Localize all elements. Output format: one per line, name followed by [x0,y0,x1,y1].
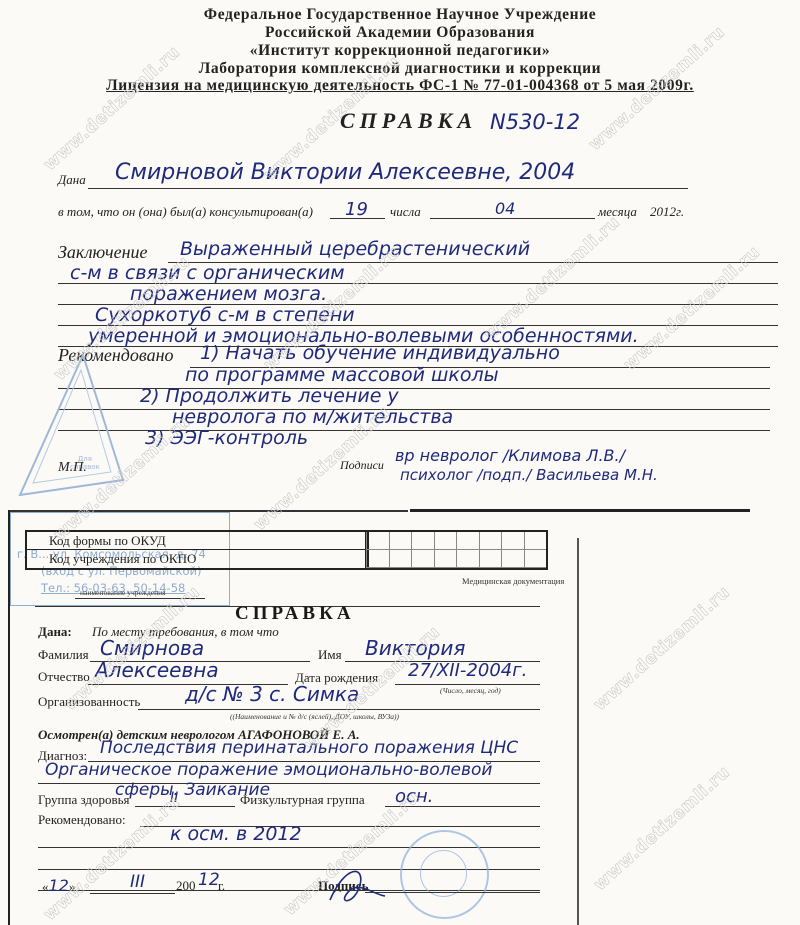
birth-caption: (Число, месяц, год) [440,686,501,695]
name-label: Имя [318,647,342,663]
fold-line [577,538,579,925]
consult-label: в том, что он (она) был(а) консультирова… [58,204,313,220]
form-code-box: Код формы по ОКУД Код учреждения по ОКПО [25,530,369,570]
recommended-line-2: по программе массовой школы [185,364,499,386]
round-stamp-icon [400,830,489,919]
date-year-prefix: 200 [176,878,196,894]
given-label: Дана: [38,624,72,640]
stamp-label: М.П. [58,460,87,476]
year-value: 2012г. [650,204,684,220]
med-docs-label: Медицинская документация [462,576,564,586]
day-value: 19 [345,199,368,220]
signature-line-2: психолог /подп./ Васильева М.Н. [400,466,658,484]
watermark: www.detizemli.ru [590,582,734,715]
pe-group-label: Физкультурная группа [240,792,365,808]
certificate-number: N530-12 [490,110,580,134]
okpo-label: Код учреждения по ОКПО [49,551,196,567]
month-value: 04 [495,199,515,218]
recommended-line-1: 1) Начать обучение индивидуально [200,342,560,364]
diagnosis-line-2: Органическое поражение эмоционально-воле… [45,760,492,780]
header-line-2: Российской Академии Образования [0,24,800,42]
day-label: числа [390,204,421,220]
signature-line-1: вр невролог /Климова Л.В./ [395,446,625,465]
conclusion-line-1: Выраженный церебрастенический [180,238,530,260]
recommended-value: к осм. в 2012 [170,823,302,845]
recommended-line-3: 2) Продолжить лечение у [140,385,399,407]
institution-caption: наименование учреждения [80,588,166,597]
birth-value: 27/XII-2004г. [408,660,527,681]
date-month: III [130,872,145,892]
given-value: Смирновой Виктории Алексеевне, 2004 [115,160,575,185]
health-group-label: Группа здоровья [38,792,130,808]
recommended-line-4: невролога по м/жительства [172,406,453,428]
watermark: www.detizemli.ru [590,762,734,895]
conclusion-label: Заключение [58,242,148,263]
signatures-label: Подписи [340,458,384,473]
conclusion-line-2: с-м в связи с органическим [70,262,345,284]
given-label: Дана [58,172,86,188]
recommended-label: Рекомендовано: [38,812,126,828]
form-title: СПРАВКА [235,603,355,625]
surname-label: Фамилия [38,647,89,663]
date-year-suffix: г. [218,878,225,894]
certificate-title: СПРАВКА [340,108,477,134]
date-year-value: 12 [198,870,220,890]
code-cells [365,530,548,570]
organization-value: д/с № 3 с. Симка [185,682,359,706]
header-line-1: Федеральное Государственное Научное Учре… [0,6,800,24]
organization-caption: ((Наименование и № д/с (яслей), ДОУ, шко… [230,712,399,721]
